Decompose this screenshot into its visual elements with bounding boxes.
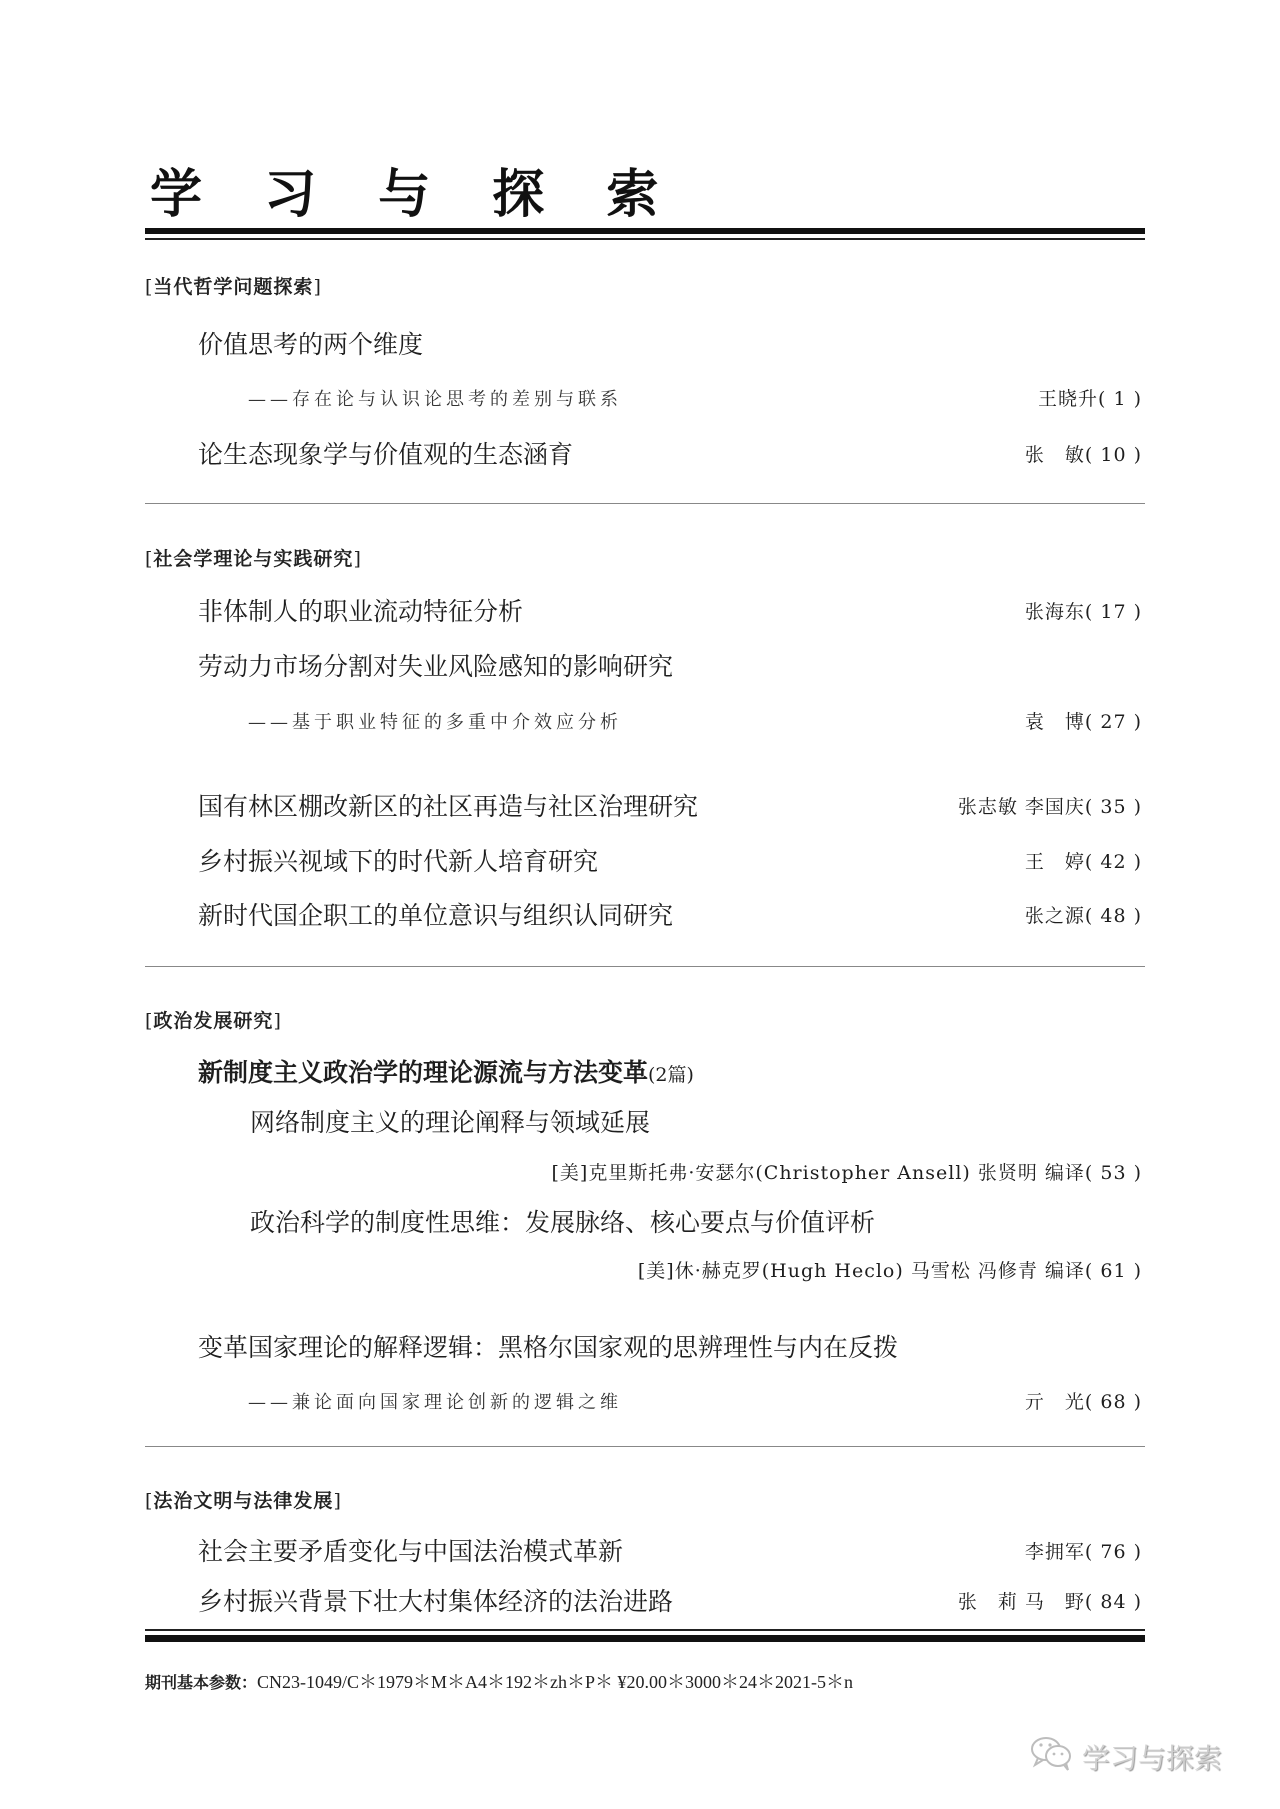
article-title[interactable]: 价值思考的两个维度 bbox=[198, 325, 423, 361]
page-number: 10 bbox=[1100, 444, 1126, 466]
article-group-title[interactable]: 新制度主义政治学的理论源流与方法变革(2篇) bbox=[198, 1053, 694, 1089]
article-title[interactable]: 新时代国企职工的单位意识与组织认同研究 bbox=[198, 896, 673, 932]
article-title[interactable]: 乡村振兴视域下的时代新人培育研究 bbox=[198, 842, 598, 878]
page-number: 35 bbox=[1100, 796, 1126, 818]
article-author: 张 敏( 10 ) bbox=[1025, 440, 1142, 467]
section-label: [社会学理论与实践研究] bbox=[145, 544, 362, 571]
toc-page: 学 习 与 探 索 [当代哲学问题探索] 价值思考的两个维度 ——存在论与认识论… bbox=[0, 0, 1280, 1809]
page-number: 17 bbox=[1100, 601, 1126, 623]
page-number: 76 bbox=[1100, 1541, 1126, 1563]
section-label: [当代哲学问题探索] bbox=[145, 272, 322, 299]
header-rule-thin bbox=[145, 238, 1145, 240]
page-number: 42 bbox=[1100, 851, 1126, 873]
article-title[interactable]: 政治科学的制度性思维：发展脉络、核心要点与价值评析 bbox=[250, 1203, 875, 1239]
article-author: 亓 光( 68 ) bbox=[1025, 1387, 1142, 1414]
article-author: 张之源( 48 ) bbox=[1025, 901, 1142, 928]
article-title[interactable]: 网络制度主义的理论阐释与领域延展 bbox=[250, 1103, 650, 1139]
page-number: 61 bbox=[1100, 1260, 1126, 1282]
watermark-text: 学习与探索 bbox=[1082, 1737, 1222, 1777]
section-label: [法治文明与法律发展] bbox=[145, 1486, 342, 1513]
article-title[interactable]: 社会主要矛盾变化与中国法治模式革新 bbox=[198, 1532, 623, 1568]
article-title[interactable]: 非体制人的职业流动特征分析 bbox=[198, 592, 523, 628]
article-author: 袁 博( 27 ) bbox=[1025, 707, 1142, 734]
page-number: 84 bbox=[1100, 1591, 1126, 1613]
page-number: 48 bbox=[1100, 905, 1126, 927]
article-title[interactable]: 论生态现象学与价值观的生态涵育 bbox=[198, 435, 573, 471]
section-label: [政治发展研究] bbox=[145, 1006, 282, 1033]
section-divider bbox=[145, 503, 1145, 504]
page-number: 53 bbox=[1100, 1162, 1126, 1184]
article-author: 王 婷( 42 ) bbox=[1025, 847, 1142, 874]
article-title[interactable]: 变革国家理论的解释逻辑：黑格尔国家观的思辨理性与内在反拨 bbox=[198, 1328, 898, 1364]
page-number: 27 bbox=[1100, 711, 1126, 733]
article-author: 张志敏 李国庆( 35 ) bbox=[958, 792, 1142, 819]
footer-rule-thick bbox=[145, 1635, 1145, 1642]
article-author: [美]克里斯托弗·安瑟尔(Christopher Ansell) 张贤明 编译(… bbox=[552, 1158, 1143, 1185]
section-divider bbox=[145, 1446, 1145, 1447]
article-title[interactable]: 乡村振兴背景下壮大村集体经济的法治进路 bbox=[198, 1582, 673, 1618]
article-author: 张海东( 17 ) bbox=[1025, 597, 1142, 624]
journal-title: 学 习 与 探 索 bbox=[150, 152, 680, 227]
article-author: 张 莉 马 野( 84 ) bbox=[958, 1587, 1142, 1614]
journal-parameters: 期刊基本参数：CN23-1049/C＊1979＊M＊A4＊192＊zh＊P＊ ¥… bbox=[145, 1668, 853, 1694]
header-rule-thick bbox=[145, 228, 1145, 234]
wechat-watermark: 学习与探索 bbox=[1030, 1735, 1222, 1778]
page-number: 68 bbox=[1100, 1391, 1126, 1413]
page-number: 1 bbox=[1113, 388, 1126, 410]
section-divider bbox=[145, 966, 1145, 967]
footer-rule-thin bbox=[145, 1629, 1145, 1631]
article-subtitle: ——存在论与认识论思考的差别与联系 bbox=[248, 385, 622, 411]
article-author: 王晓升( 1 ) bbox=[1038, 384, 1142, 411]
article-subtitle: ——兼论面向国家理论创新的逻辑之维 bbox=[248, 1388, 622, 1414]
wechat-icon bbox=[1030, 1735, 1074, 1778]
article-title[interactable]: 国有林区棚改新区的社区再造与社区治理研究 bbox=[198, 787, 698, 823]
article-subtitle: ——基于职业特征的多重中介效应分析 bbox=[248, 708, 622, 734]
article-title[interactable]: 劳动力市场分割对失业风险感知的影响研究 bbox=[198, 647, 673, 683]
article-author: 李拥军( 76 ) bbox=[1025, 1537, 1142, 1564]
article-author: [美]休·赫克罗(Hugh Heclo) 马雪松 冯修青 编译( 61 ) bbox=[638, 1256, 1142, 1283]
